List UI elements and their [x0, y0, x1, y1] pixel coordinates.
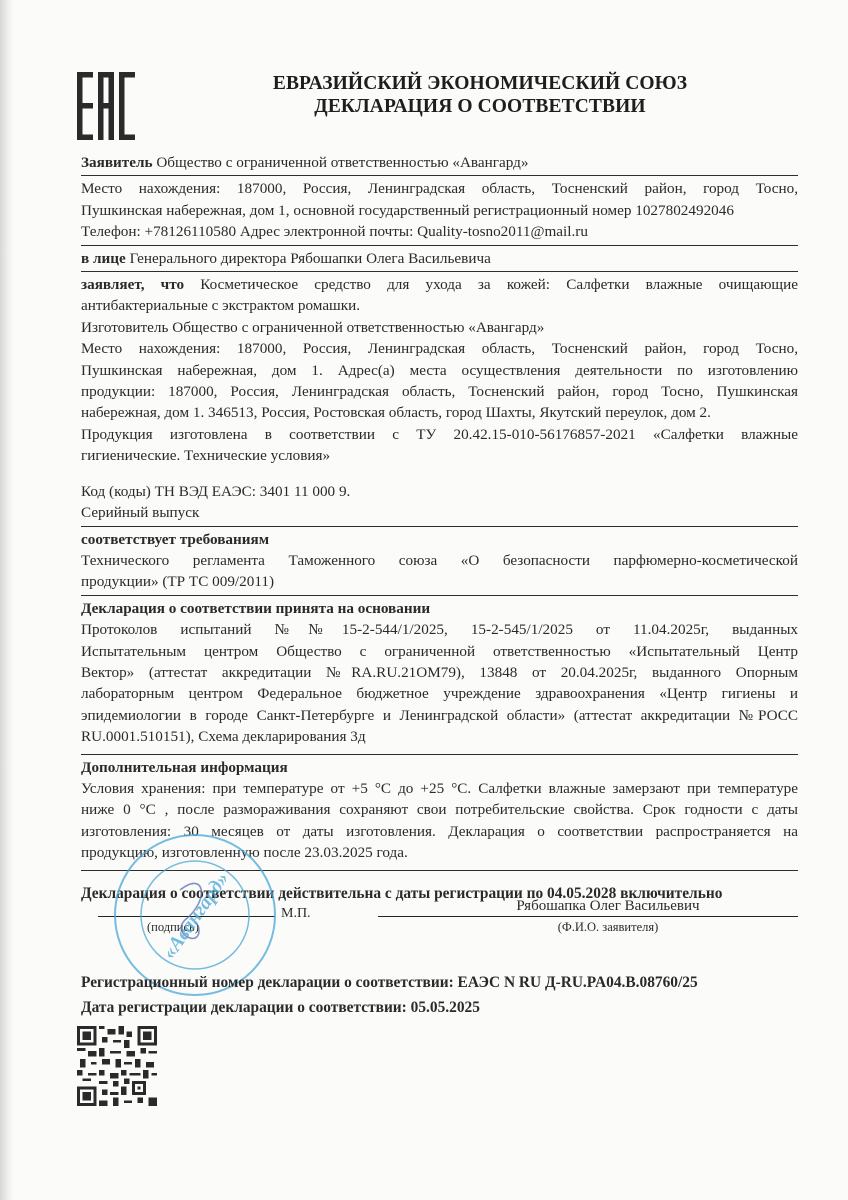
regulation: продукции» (ТР ТС 009/2011)	[81, 571, 798, 592]
declaration-page: ЕВРАЗИЙСКИЙ ЭКОНОМИЧЕСКИЙ СОЮЗ ДЕКЛАРАЦИ…	[0, 0, 848, 1200]
basis-text: эпидемиологии в городе Санкт-Петербурге …	[81, 705, 798, 726]
signature-caption: (подпись)	[147, 920, 199, 935]
additional-heading: Дополнительная информация	[81, 757, 798, 778]
complies-section: соответствует требованиям Технического р…	[81, 527, 798, 595]
manufacturer-address: Место нахождения: 187000, Россия, Ленинг…	[81, 338, 798, 359]
hs-code: Код (коды) ТН ВЭД ЕАЭС: 3401 11 000 9.	[81, 481, 798, 502]
manufacturer-address: продукции: 187000, Россия, Ленинградская…	[81, 381, 798, 402]
signature-line	[98, 916, 275, 917]
seal-label: М.П.	[281, 906, 311, 922]
document-body: Заявитель Общество с ограниченной ответс…	[81, 150, 798, 904]
manufacturer-address: Пушкинская набережная, дом 1. Адрес(а) м…	[81, 360, 798, 381]
additional-text: ниже 0 °С , после размораживания сохраня…	[81, 799, 798, 820]
registration-number: Регистрационный номер декларации о соотв…	[81, 970, 698, 995]
additional-section: Дополнительная информация Условия хранен…	[81, 755, 798, 866]
address-line: Пушкинская набережная, дом 1, основной г…	[81, 200, 798, 221]
release-type: Серийный выпуск	[81, 502, 798, 523]
additional-text: продукцию, изготовленную после 23.03.202…	[81, 842, 798, 863]
represented-by: в лице Генерального директора Рябошапки …	[81, 246, 798, 271]
applicant-contacts: Телефон: +78126110580 Адрес электронной …	[81, 221, 798, 242]
technical-spec: гигиенические. Технические условия»	[81, 445, 798, 466]
scan-edge-shadow	[0, 0, 14, 1200]
regulation: Технического регламента Таможенного союз…	[81, 550, 798, 571]
signer-name: Рябошапка Олег Васильевич	[378, 898, 798, 915]
signer-name-line	[378, 916, 798, 917]
basis-text: лабораторным центром Федеральное бюджетн…	[81, 683, 798, 704]
qr-code-icon[interactable]	[77, 1023, 157, 1109]
basis-heading: Декларация о соответствии принята на осн…	[81, 598, 798, 619]
basis-text: Протоколов испытаний №№15-2-544/1/2025, …	[81, 619, 798, 640]
represented-label: в лице	[81, 250, 126, 267]
title-line-1: ЕВРАЗИЙСКИЙ ЭКОНОМИЧЕСКИЙ СОЮЗ	[220, 72, 740, 95]
divider	[81, 870, 798, 871]
registration-block: Регистрационный номер декларации о соотв…	[81, 970, 698, 1020]
product-name: Косметическое средство для ухода за коже…	[200, 276, 798, 293]
applicant-name: Общество с ограниченной ответственностью…	[156, 154, 528, 171]
applicant-section: Заявитель Общество с ограниченной ответс…	[81, 150, 798, 175]
technical-spec: Продукция изготовлена в соответствии с Т…	[81, 424, 798, 445]
declares-section: заявляет, что Косметическое средство для…	[81, 272, 798, 525]
applicant-label: Заявитель	[81, 154, 153, 171]
basis-text: Испытательным центром Общество с огранич…	[81, 641, 798, 662]
title-line-2: ДЕКЛАРАЦИЯ О СООТВЕТСТВИИ	[220, 95, 740, 118]
document-title: ЕВРАЗИЙСКИЙ ЭКОНОМИЧЕСКИЙ СОЮЗ ДЕКЛАРАЦИ…	[220, 72, 740, 118]
product-name-cont: антибактериальные с экстрактом ромашки.	[81, 295, 798, 316]
declares-label: заявляет, что	[81, 276, 184, 293]
complies-heading: соответствует требованиям	[81, 529, 798, 550]
applicant-address: Место нахождения: 187000, Россия, Ленинг…	[81, 176, 798, 244]
basis-text: Вектор» (аттестат аккредитации №RA.RU.21…	[81, 662, 798, 683]
represented-name: Генерального директора Рябошапки Олега В…	[130, 250, 491, 267]
address-line: Место нахождения: 187000, Россия, Ленинг…	[81, 178, 798, 199]
manufacturer-address: набережная, дом 1. 346513, Россия, Росто…	[81, 402, 798, 423]
basis-section: Декларация о соответствии принята на осн…	[81, 596, 798, 750]
registration-date: Дата регистрации декларации о соответств…	[81, 995, 698, 1020]
additional-text: изготовления: 30 месяцев от даты изготов…	[81, 821, 798, 842]
basis-text: RU.0001.510151), Схема декларирования 3д	[81, 726, 798, 747]
additional-text: Условия хранения: при температуре от +5 …	[81, 778, 798, 799]
manufacturer: Изготовитель Общество с ограниченной отв…	[81, 317, 798, 338]
signer-caption: (Ф.И.О. заявителя)	[378, 920, 798, 935]
eac-logo-icon	[77, 72, 135, 140]
